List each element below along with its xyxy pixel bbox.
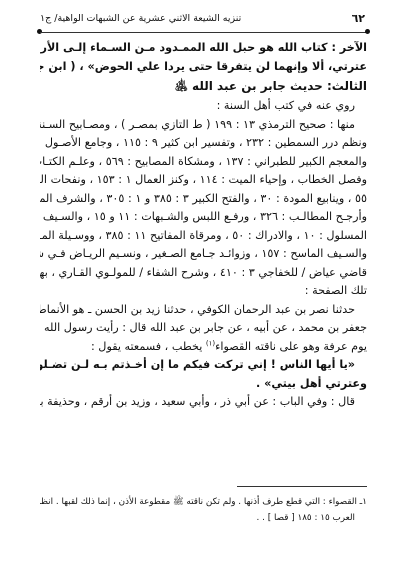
text-line: وفصل الخطاب ، وإحياء الميت : ١١٤ ، وكنز … (40, 171, 367, 190)
text-line: عترتي، ألا وإنهما لن يتفرقا حتى يردا علي… (40, 58, 367, 77)
text-line: قاضي عياض / للخفاجي ٣ : ٤١٠ ، وشرح الشفا… (40, 264, 367, 283)
text-line: والمعجم الكبير للطبراني : ١٣٧ ، ومشكاة ا… (40, 153, 367, 172)
text-line: يوم عرفة وهو على ناقته القصواء(١) يخطب ،… (40, 338, 367, 357)
page-number: ٦٢ (352, 11, 365, 27)
page-header: ٦٢ تنزيه الشيعة الاثني عشرية عن الشبهات … (38, 11, 369, 27)
header-rule-dot-right (365, 29, 370, 34)
footnote-line: العرب ١٥ : ١٨٥ [ قصا ] . . (40, 510, 367, 526)
text-line: جعفر بن محمد ، عن أبيه ، عن جابر بن عبد … (40, 319, 367, 338)
text-line: قال : وفي الباب : عن أبي ذر ، وأبي سعيد … (40, 393, 367, 412)
book-page: ٦٢ تنزيه الشيعة الاثني عشرية عن الشبهات … (0, 0, 407, 575)
quote-line: «يا أيها الناس ! إني تركت فيكم ما إن أخـ… (40, 356, 367, 375)
text-line: روي عنه في كتب أهل السنة : (40, 97, 367, 116)
text-segment: يوم عرفة وهو على ناقته القصواء (215, 340, 367, 353)
section-heading: الثالث: حديث جابر بن عبد الله ﵁ (40, 76, 367, 97)
footnote-reference[interactable]: (١) (206, 339, 215, 347)
text-line: الآخر : كتاب الله هو حبل الله الممـدود م… (40, 39, 367, 58)
text-line: حدثنا نصر بن عبد الرحمان الكوفي ، حدثنا … (40, 301, 367, 320)
text-line: منها : صحيح الترمذي ١٣ : ١٩٩ ( ط التازي … (40, 116, 367, 135)
footnotes: ١ـ القصواء : التي قطع طرف أذنها . ولم تك… (40, 494, 367, 526)
text-line: ٥٥ ، وينابيع المودة : ٣٠ ، والفتح الكبير… (40, 190, 367, 209)
text-line: ونظم درر السمطين : ٢٣٢ ، وتفسير ابن كثير… (40, 134, 367, 153)
footnote-line: ١ـ القصواء : التي قطع طرف أذنها . ولم تك… (40, 494, 367, 510)
text-line: والسـيف الماسح : ١٥٧ ، وزوائـد جـامع الص… (40, 245, 367, 264)
body-text: الآخر : كتاب الله هو حبل الله الممـدود م… (40, 39, 367, 412)
footnote-separator (237, 486, 367, 487)
text-line: وأرجـح المطالـب : ٣٢٦ ، ورفـع اللبس والش… (40, 208, 367, 227)
text-line: تلك الصفحة : (40, 282, 367, 301)
quote-line: وعترتي أهل بيتي» . (40, 375, 367, 394)
header-rule (40, 32, 367, 33)
text-line: المسلول : ١٠ ، والادراك : ٥٠ ، ومرقاة ال… (40, 227, 367, 246)
running-title: تنزيه الشيعة الاثني عشرية عن الشبهات الو… (40, 11, 241, 27)
text-segment: يخطب ، فسمعته يقول : (91, 340, 206, 353)
